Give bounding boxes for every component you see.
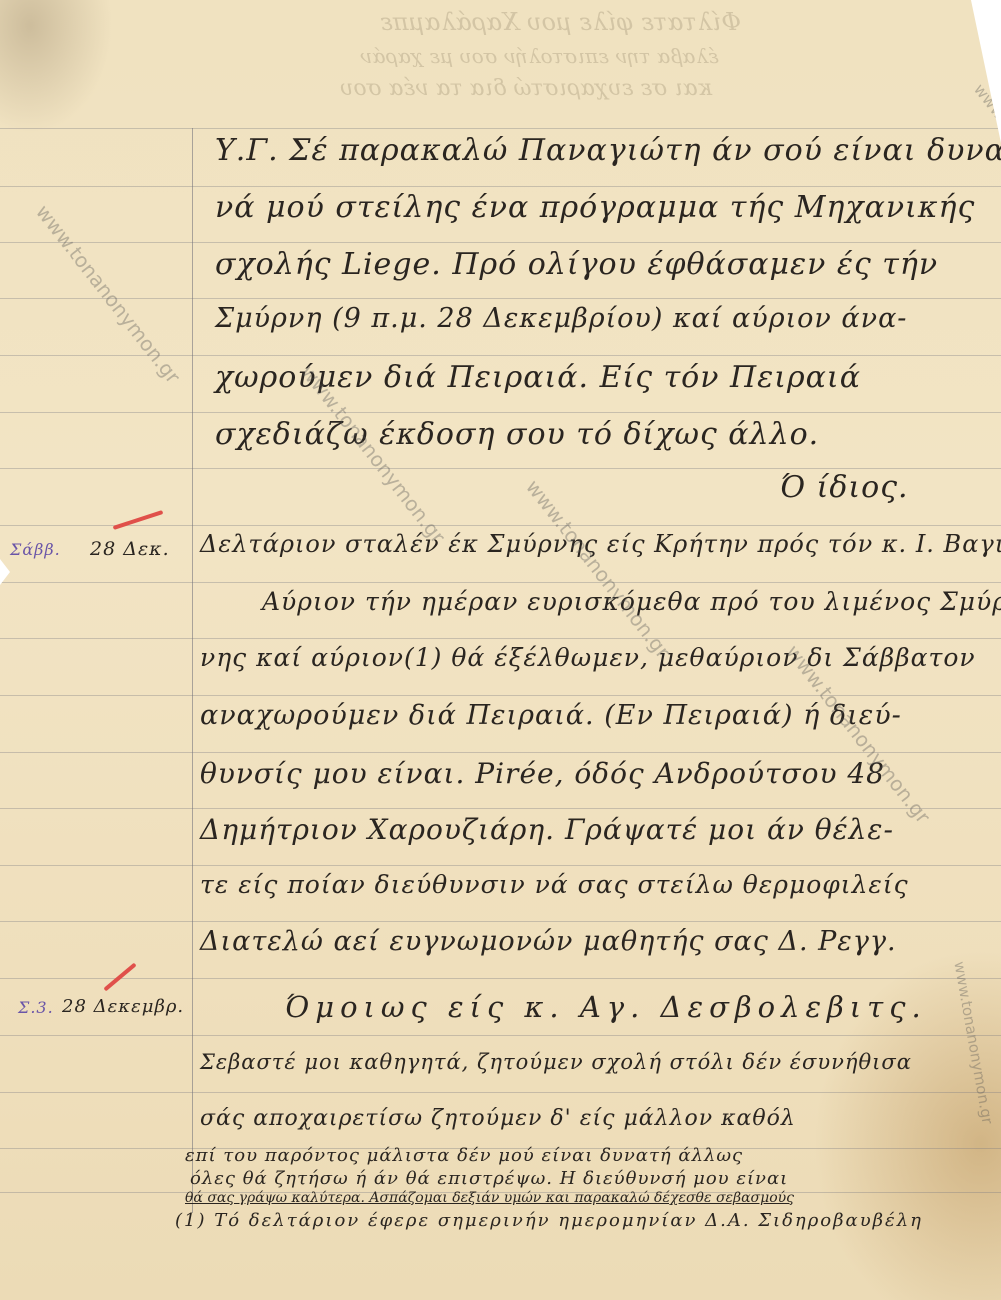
margin-note: Σάββ.: [10, 540, 61, 559]
rule-line: [0, 808, 1001, 809]
entry-line: όλες θά ζητήσω ή άν θά επιστρέψω. Η διεύ…: [190, 1168, 788, 1189]
rule-line: [0, 695, 1001, 696]
margin-rule: [192, 128, 193, 1213]
entry-line: νης καί αύριον(1) θά έξέλθωμεν, μεθαύριο…: [200, 643, 976, 672]
rule-line: [0, 865, 1001, 866]
watermark: www.tonanonymon.gr: [521, 475, 675, 663]
rule-line: [0, 582, 1001, 583]
bleed-through-text: και σε ευχαριστώ δια τα νέα σου: [340, 76, 712, 101]
postscript-signature: Ό ίδιος.: [780, 470, 909, 505]
rule-line: [0, 412, 1001, 413]
entry-line: σάς αποχαιρετίσω ζητούμεν δ' είς μάλλον …: [200, 1106, 796, 1131]
rule-line: [0, 638, 1001, 639]
letter-page: Φίλτατε φίλε μου Χαράλαμπε έλαβα την επι…: [0, 0, 1001, 1300]
entry-line: Δημήτριον Χαρουζιάρη. Γράψατέ μοι άν θέλ…: [200, 813, 894, 846]
footnote-line: θά σας γράψω καλύτερα. Ασπάζομαι δεξιάν …: [185, 1190, 794, 1206]
footnote-line: (1) Τό δελτάριον έφερε σημερινήν ημερομη…: [175, 1210, 923, 1231]
rule-line: [0, 752, 1001, 753]
watermark: www.tonanonymon.gr: [31, 200, 185, 388]
red-pencil-mark: [113, 510, 164, 530]
entry-date: 28 Δεκ.: [90, 538, 170, 560]
bleed-through-text: έλαβα την επιστολήν σου με χαράν: [360, 44, 719, 68]
postscript-line: σχεδιάζω έκδοση σου τό δίχως άλλο.: [215, 417, 819, 452]
entry-line: τε είς ποίαν διεύθυνσιν νά σας στείλω θε…: [200, 870, 909, 899]
rule-line: [0, 298, 1001, 299]
rule-line: [0, 468, 1001, 469]
entry-line: αναχωρούμεν διά Πειραιά. (Εν Πειραιά) ή …: [200, 700, 902, 731]
watermark: www.tonanonymon.gr: [950, 960, 996, 1125]
entry-line: επί του παρόντος μάλιστα δέν μού είναι δ…: [185, 1145, 743, 1166]
rule-line: [0, 128, 1001, 129]
entry-line: Όμοιως είς κ. Αγ. Δεσβολεβιτς.: [285, 990, 927, 1024]
rule-line: [0, 921, 1001, 922]
rule-line: [0, 978, 1001, 979]
entry-line: Διατελώ αεί ευγνωμονών μαθητής σας Δ. Ρε…: [200, 926, 897, 957]
margin-note: Σ.3.: [18, 998, 54, 1017]
red-pencil-mark: [103, 963, 136, 992]
postscript-line: σχολής Liege. Πρό ολίγου έφθάσαμεν ές τή…: [215, 247, 938, 282]
rule-line: [0, 186, 1001, 187]
postscript-line: Υ.Γ. Σέ παρακαλώ Παναγιώτη άν σού είναι …: [215, 133, 1001, 168]
entry-line: Σεβαστέ μοι καθηγητά, ζητούμεν σχολή στό…: [200, 1050, 912, 1074]
entry-line: θυνσίς μου είναι. Pirée, όδός Ανδρούτσου…: [200, 757, 885, 790]
rule-line: [0, 1092, 1001, 1093]
rule-line: [0, 242, 1001, 243]
bleed-through-text: Φίλτατε φίλε μου Χαράλαμπε: [380, 8, 741, 36]
rule-line: [0, 1035, 1001, 1036]
entry-date: 28 Δεκεμβρ.: [62, 996, 184, 1017]
rule-line: [0, 525, 1001, 526]
postscript-line: Σμύρνη (9 π.μ. 28 Δεκεμβρίου) καί αύριον…: [215, 303, 907, 334]
postscript-line: νά μού στείλης ένα πρόγραμμα τής Μηχανικ…: [215, 190, 975, 225]
